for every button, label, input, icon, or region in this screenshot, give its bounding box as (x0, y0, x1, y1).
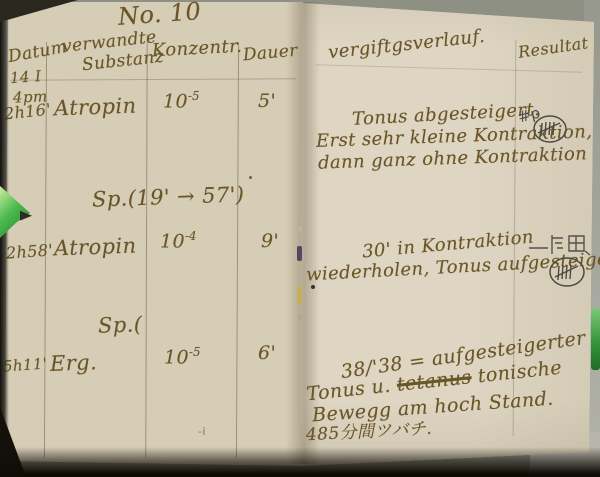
row2-conc-base: 10 (160, 230, 185, 252)
tally-marks-icon (548, 256, 586, 288)
row2-duration: 9' (261, 232, 279, 252)
row1-conc-base: 10 (163, 90, 188, 112)
note-spasm-full: Sp.(19' → 57') (92, 183, 245, 210)
photo-left-edge-shadow (0, 0, 9, 477)
binding-stitch-hole-top (298, 226, 302, 232)
row2-concentration: 10-4 (160, 230, 196, 252)
row3-duration: 6' (258, 344, 276, 364)
row2-conc-exponent: -4 (185, 229, 196, 243)
row1-substance: Atropin (54, 95, 137, 120)
note-spasm-partial: Sp.( (98, 313, 143, 337)
row3-conc-base: 10 (164, 346, 189, 368)
notebook-photo: No. 10 Datum 14 I 4pm verwandte Substanz… (0, 0, 600, 477)
notebook-title: No. 10 (117, 0, 202, 30)
row1-duration: 5' (258, 92, 276, 112)
pencil-kanji-scribble-icon (528, 232, 594, 258)
binding-stitch-hole-bottom (298, 314, 302, 320)
row3-substance: Erg. (50, 351, 98, 375)
row2-substance: Atropin (54, 235, 137, 260)
green-book-edge (591, 308, 600, 370)
paper-speck (249, 176, 252, 179)
tally-marks-icon (532, 114, 568, 144)
row1-conc-exponent: -5 (188, 89, 199, 103)
row2-time: 2h58' (5, 242, 53, 262)
row3-conc-exponent: -5 (189, 345, 200, 359)
binding-stitch-thread-purple (297, 246, 302, 261)
photo-bottom-shadow (0, 447, 600, 477)
row3-concentration: 10-5 (164, 346, 200, 368)
row3-time: 5h11' (3, 356, 48, 375)
paper-speck (311, 285, 315, 289)
row1-concentration: 10-5 (163, 90, 199, 112)
page-pencil-mark: -i (198, 426, 206, 438)
date-day: 14 I (9, 69, 41, 87)
binding-stitch-thread-yellow (297, 286, 302, 305)
